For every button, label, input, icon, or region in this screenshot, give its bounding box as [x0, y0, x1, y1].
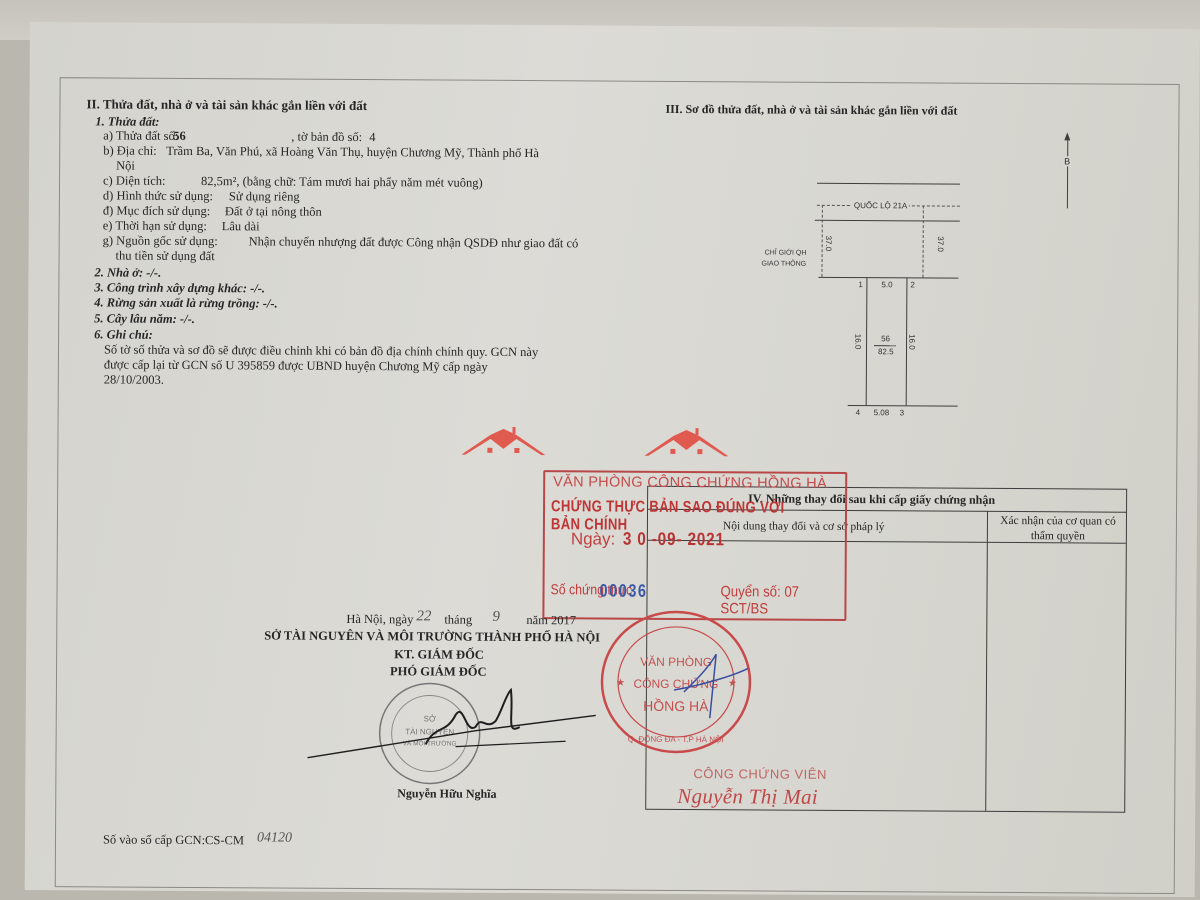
director-signature [305, 684, 605, 766]
corridor-width-left: 37.0 [824, 236, 833, 252]
usage-term-value: Lâu dài [222, 219, 260, 234]
address-label: b) Địa chỉ: [103, 143, 157, 158]
north-label: B [1063, 156, 1071, 166]
stamp-date-value: 3 0 -09- 2021 [623, 529, 725, 551]
origin-value-cont: thu tiền sử dụng đất [116, 249, 215, 265]
parcel-number-label: a) Thửa đất số: [103, 128, 178, 143]
parcel-number: 56 [881, 334, 890, 343]
seal-office-line-3: HỒNG HÀ [643, 697, 709, 714]
usage-form-value: Sử dụng riêng [229, 189, 300, 204]
point-2: 2 [910, 280, 915, 289]
house-roof-icon [644, 428, 728, 461]
parcel-area: 82.5 [878, 347, 894, 356]
signer-position: PHÓ GIÁM ĐỐC [390, 664, 487, 680]
star-icon: ★ [616, 678, 625, 689]
usage-form-label: d) Hình thức sử dụng: [103, 188, 213, 204]
issue-year: năm 2017 [526, 613, 576, 628]
road-label: QUỐC LỘ 21A [852, 201, 909, 210]
house-roof-icon [461, 427, 545, 460]
corridor-label-2: GIAO THÔNG [762, 260, 807, 267]
edge-left-length: 16.0 [853, 334, 862, 350]
registry-label: Số vào sổ cấp GCN:CS-CM [103, 832, 244, 848]
other-construction-item: 3. Công trình xây dựng khác: -/-. [94, 280, 265, 296]
issue-month: 9 [492, 609, 500, 626]
usage-purpose-label: đ) Mục đích sử dụng: [103, 203, 211, 219]
signer-name: Nguyễn Hữu Nghĩa [397, 786, 496, 802]
signer-on-behalf: KT. GIÁM ĐỐC [394, 647, 484, 663]
issue-month-label: tháng [444, 613, 472, 628]
notes-heading: 6. Ghi chú: [94, 327, 153, 342]
address-value-cont: Nội [116, 159, 135, 174]
area-label: c) Diện tích: [103, 173, 166, 188]
edge-bottom-length: 5.08 [874, 408, 890, 417]
star-icon: ★ [728, 678, 737, 689]
corridor-width-right: 37.0 [936, 236, 945, 252]
seal-office-line-1: VĂN PHÒNG [640, 654, 712, 669]
map-sheet-value: 4 [369, 130, 375, 145]
edge-top-length: 5.0 [881, 280, 892, 289]
stamp-cert-no-value: 00036 [599, 580, 647, 601]
origin-value: Nhận chuyển nhượng đất được Công nhận QS… [249, 234, 579, 251]
stamp-date-label: Ngày: [571, 529, 616, 549]
house-item: 2. Nhà ở: -/-. [94, 265, 161, 280]
usage-term-label: e) Thời hạn sử dụng: [103, 218, 207, 234]
column-divider [985, 511, 988, 811]
seal-ring-text: Q. ĐỐNG ĐA - T.P HÀ NỘI [628, 734, 724, 745]
point-4: 4 [856, 408, 861, 417]
area-value: 82,5m², (bằng chữ: Tám mươi hai phẩy năm… [201, 174, 483, 191]
issue-date-prefix: Hà Nội, ngày [346, 612, 413, 627]
corridor-label-1: CHỈ GIỚI QH [765, 249, 807, 256]
stamp-office: VĂN PHÒNG CÔNG CHỨNG HỒNG HÀ [553, 474, 827, 492]
section-2-title: II. Thửa đất, nhà ở và tài sản khác gắn … [86, 96, 367, 114]
notary-name: Nguyễn Thị Mai [677, 784, 818, 810]
parcel-number-value: 56 [173, 129, 186, 144]
forest-item: 4. Rừng sản xuất là rừng trồng: -/-. [94, 295, 278, 311]
section-3-title: III. Sơ đồ thửa đất, nhà ở và tài sản kh… [665, 102, 957, 119]
column-header-confirmation: Xác nhận của cơ quan có thẩm quyền [990, 514, 1126, 545]
map-sheet-label: , tờ bản đồ số: [291, 130, 362, 145]
address-value: Trầm Ba, Văn Phú, xã Hoàng Văn Thụ, huyệ… [166, 144, 539, 161]
notary-seal: VĂN PHÒNG CÔNG CHỨNG HỒNG HÀ Q. ĐỐNG ĐA … [598, 607, 755, 756]
arrow-up-icon [1064, 132, 1070, 140]
parcel-label-divider [874, 345, 896, 346]
usage-purpose-value: Đất ở tại nông thôn [225, 204, 322, 220]
edge-right-length: 16.0 [907, 334, 916, 350]
point-3: 3 [900, 408, 905, 417]
point-1: 1 [858, 280, 863, 289]
registry-value: 04120 [257, 830, 292, 846]
copy-certification-stamp: VĂN PHÒNG CÔNG CHỨNG HỒNG HÀ CHỨNG THỰC … [542, 470, 847, 621]
perennial-item: 5. Cây lâu năm: -/-. [94, 311, 195, 327]
certificate-page: II. Thửa đất, nhà ở và tài sản khác gắn … [25, 22, 1200, 897]
origin-label: g) Nguồn gốc sử dụng: [103, 233, 218, 249]
notes-line-3: 28/10/2003. [104, 372, 164, 387]
issuing-agency: SỞ TÀI NGUYÊN VÀ MÔI TRƯỜNG THÀNH PHỐ HÀ… [264, 628, 600, 645]
issue-day: 22 [416, 608, 431, 625]
notary-title: CÔNG CHỨNG VIÊN [693, 766, 827, 782]
